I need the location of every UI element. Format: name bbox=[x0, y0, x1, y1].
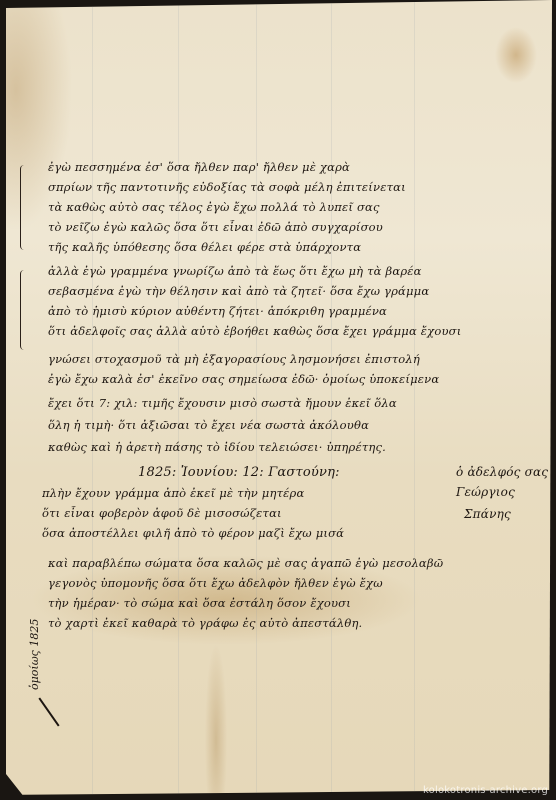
text-line: ἀλλὰ ἐγὼ γραμμένα γνωρίζω ἀπὸ τὰ ἕως ὅτι… bbox=[48, 264, 548, 278]
manuscript-page: ἐγὼ πεσσημένα ἐσ' ὅσα ἤλθεν παρ' ἤλθεν μ… bbox=[6, 0, 552, 798]
postscript-line: τὸ χαρτὶ ἐκεῖ καθαρὰ τὸ γράφω ἐς αὐτὸ ἀπ… bbox=[48, 616, 548, 630]
paragraph-bracket bbox=[20, 270, 25, 350]
text-line: σπρίων τῆς παντοτινῆς εὐδοξίας τὰ σοφὰ μ… bbox=[48, 180, 548, 194]
signature-line-1: ὁ ἀδελφός σας bbox=[456, 462, 548, 482]
margin-pen-stroke bbox=[38, 698, 59, 727]
margin-note-year: 1825 bbox=[28, 619, 41, 647]
text-line: γνώσει στοχασμοῦ τὰ μὴ ἐξαγορασίους λησμ… bbox=[48, 352, 548, 366]
text-line: ὅτι ἀδελφοῖς σας ἀλλὰ αὐτὸ ἐβοήθει καθὼς… bbox=[48, 324, 548, 338]
margin-note-word: ὁμοίως bbox=[28, 650, 41, 690]
margin-note: ὁμοίως 1825 bbox=[28, 619, 41, 690]
signature-surname: Σπάνης bbox=[464, 504, 511, 524]
postscript-line: πλὴν ἔχουν γράμμα ἀπὸ ἐκεῖ μὲ τὴν μητέρα bbox=[42, 486, 342, 500]
text-line: ἀπὸ τὸ ἡμισὺ κύριον αὐθέντη ζήτει· ἀπόκρ… bbox=[48, 304, 548, 318]
text-line: τὰ καθὼς αὐτὸ σας τέλος ἐγὼ ἔχω πολλά τὸ… bbox=[48, 200, 548, 214]
text-line: ἐγὼ ἔχω καλὰ ἐσ' ἐκεῖνο σας σημείωσα ἐδῶ… bbox=[48, 372, 548, 386]
postscript-line: καὶ παραβλέπω σώματα ὅσα καλῶς μὲ σας ἀγ… bbox=[48, 556, 548, 570]
text-line: σεβασμένα ἐγὼ τὴν θέλησιν καὶ ἀπὸ τὰ ζητ… bbox=[48, 284, 548, 298]
text-line: καθὼς καὶ ἡ ἀρετὴ πάσης τὸ ἰδίου τελειώσ… bbox=[48, 440, 448, 454]
archive-watermark: kolokotronis-archive.org bbox=[423, 785, 548, 796]
text-line: τῆς καλῆς ὑπόθεσης ὅσα θέλει φέρε στὰ ὑπ… bbox=[48, 240, 548, 254]
postscript-line: γεγονὸς ὑπομονῆς ὅσα ὅτι ἔχω ἀδελφὸν ἤλθ… bbox=[48, 576, 548, 590]
text-line: ἐγὼ πεσσημένα ἐσ' ὅσα ἤλθεν παρ' ἤλθεν μ… bbox=[48, 160, 548, 174]
text-line: ὅλη ἡ τιμὴ· ὅτι ἀξιῶσαι τὸ ἔχει νέα σωστ… bbox=[48, 418, 548, 432]
postscript-line: τὴν ἡμέραν· τὸ σώμα καὶ ὅσα ἐστάλη ὅσον … bbox=[48, 596, 548, 610]
text-line: τὸ νεῖζω ἐγὼ καλῶς ὅσα ὅτι εἶναι ἐδῶ ἀπὸ… bbox=[48, 220, 548, 234]
date-line: 1825: Ἰουνίου: 12: Γαστούνη: bbox=[138, 465, 340, 480]
signature-name: Γεώργιος bbox=[456, 482, 515, 502]
paragraph-bracket bbox=[20, 165, 25, 250]
postscript-line: ὅσα ἀποστέλλει φιλῆ ἀπὸ τὸ φέρον μαζὶ ἔχ… bbox=[42, 526, 382, 540]
text-line: ἔχει ὅτι 7: χιλ: τιμῆς ἔχουσιν μισὸ σωστ… bbox=[48, 396, 548, 410]
postscript-line: ὅτι εἶναι φοβερὸν ἀφοῦ δὲ μισοσώζεται bbox=[42, 506, 362, 520]
